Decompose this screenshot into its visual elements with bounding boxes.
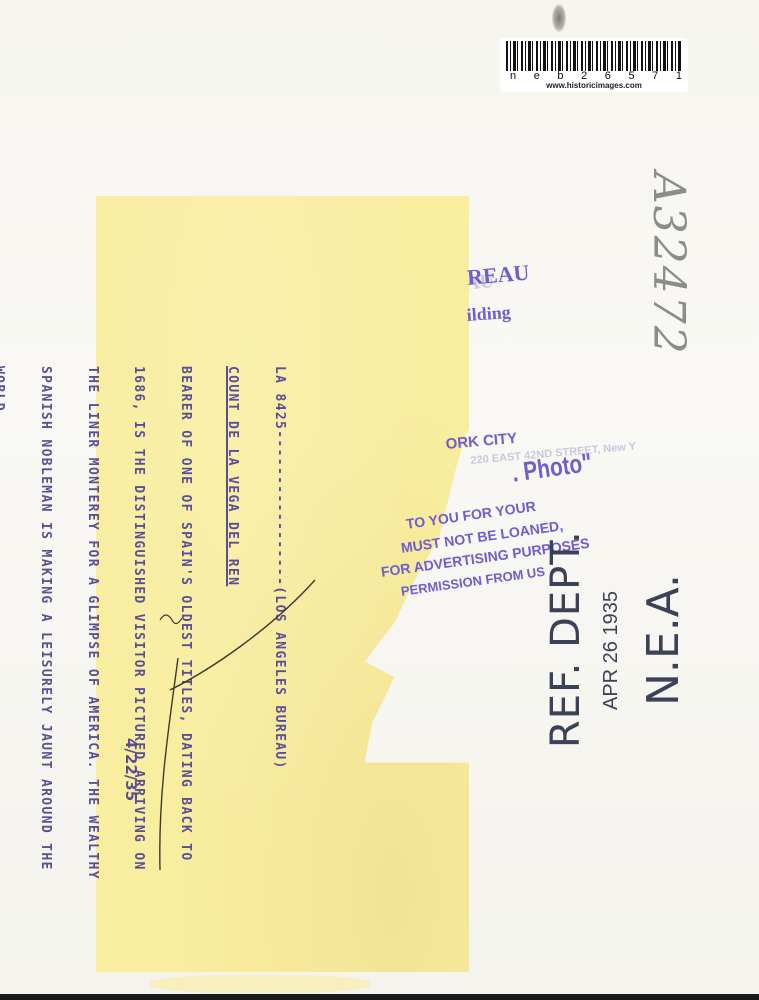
stamp-ref-date: APR 26 1935 <box>600 591 623 710</box>
barcode-website: www.historicimages.com <box>500 81 688 90</box>
caption-title: COUNT DE LA VEGA DEL REN <box>224 366 240 880</box>
paper-stain <box>150 975 370 993</box>
caption-date: 4/22/35 <box>122 738 140 801</box>
caption-line: 1686, IS THE DISTINGUISHED VISITOR PICTU… <box>131 366 147 880</box>
stamp-ref-dept: REF. DEPT. <box>543 530 589 748</box>
barcode-icon <box>506 41 682 71</box>
scan-edge <box>0 994 759 1000</box>
barcode-label: n e b 2 6 5 7 1 www.historicimages.com <box>500 38 688 92</box>
caption-line: BEARER OF ONE OF SPAIN'S OLDEST TITLES, … <box>178 366 194 880</box>
caption-text: LA 8425-----------------(LOS ANGELES BUR… <box>0 366 318 880</box>
caption-header: LA 8425-----------------(LOS ANGELES BUR… <box>271 366 287 880</box>
caption-line: SPANISH NOBLEMAN IS MAKING A LEISURELY J… <box>37 366 53 880</box>
stamp-bureau: REAU <box>466 260 530 291</box>
handwritten-archive-id: A32472 <box>643 172 694 356</box>
stamp-building: ilding <box>466 302 511 326</box>
caption-line: WORLD. <box>0 366 6 880</box>
caption-line: THE LINER MONTEREY FOR A GLIMPSE OF AMER… <box>84 366 100 880</box>
paper-tear-mark <box>552 4 566 32</box>
stamp-agency: N.E.A. <box>638 574 689 706</box>
